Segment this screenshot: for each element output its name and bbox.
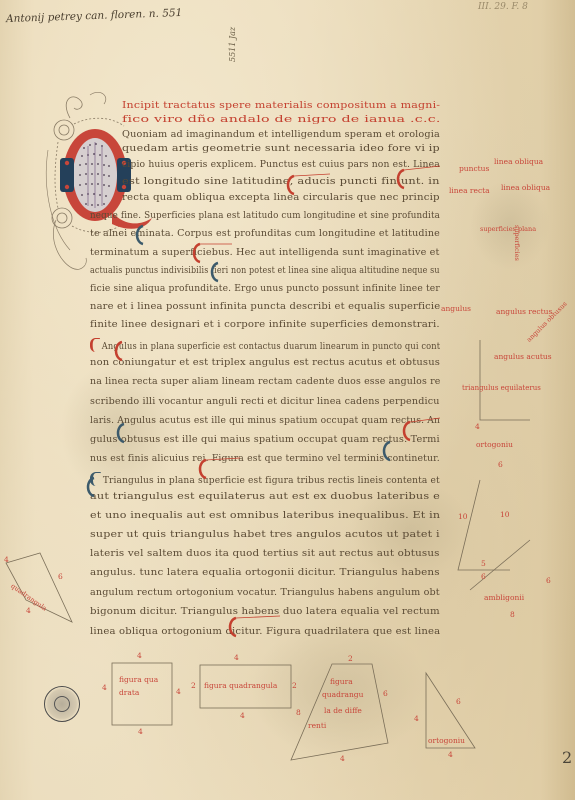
trapezoid-label: la de diffe [324, 706, 362, 715]
triangle-side: 4 [448, 750, 453, 759]
trapezoid-side: 6 [383, 689, 388, 698]
square-side: 4 [102, 683, 107, 692]
margin-note: 6 [481, 572, 486, 581]
margin-note: angulus rectus [496, 307, 552, 316]
margin-note: superficies [513, 225, 521, 261]
square-label: drata [119, 688, 139, 697]
trapezoid-side: 8 [296, 708, 301, 717]
square-label: figura qua [119, 675, 158, 684]
triangle-side: 4 [414, 714, 419, 723]
square-side: 4 [137, 651, 142, 660]
margin-note: angulus acutus [494, 352, 552, 361]
square-side: 4 [176, 687, 181, 696]
rectangle-side: 4 [240, 711, 245, 720]
geometry-diagrams [0, 0, 575, 800]
triangle-label: ortogoniu [428, 736, 465, 745]
margin-note: 4 [475, 422, 480, 431]
margin-note: ambligonii [484, 593, 524, 602]
library-stamp [44, 686, 80, 722]
rectangle-label: figura quadrangula [204, 681, 277, 690]
margin-note: triangulus equilaterus [462, 384, 541, 392]
trapezoid-side: 2 [348, 654, 353, 663]
manuscript-page: Antonij petrey can. floren. n. 551 III. … [0, 0, 575, 800]
margin-note: 5 [481, 559, 486, 568]
square-side: 4 [138, 727, 143, 736]
margin-note: 6 [546, 576, 551, 585]
margin-note: 8 [510, 610, 515, 619]
margin-note: 6 [498, 460, 503, 469]
margin-note: linea recta [449, 186, 490, 195]
trapezoid-label: figura [330, 677, 353, 686]
folio-number: 2 [562, 748, 572, 767]
trapezoid-side: 4 [340, 754, 345, 763]
rectangle-side: 2 [292, 681, 297, 690]
margin-note: linea obliqua [501, 183, 550, 192]
left-quad-side: 4 [26, 606, 31, 615]
left-quad-side: 4 [4, 555, 9, 564]
left-quad-side: 6 [58, 572, 63, 581]
margin-note: linea obliqua [494, 157, 543, 166]
margin-note: angulus [441, 304, 471, 313]
trapezoid-label: renti [308, 721, 326, 730]
margin-note: 10 [500, 510, 510, 519]
rectangle-side: 2 [191, 681, 196, 690]
margin-note: superficies plana [480, 225, 536, 233]
margin-note: ortogoniu [476, 440, 513, 449]
trapezoid-label: quadrangu [322, 690, 363, 699]
triangle-side: 6 [456, 697, 461, 706]
rectangle-side: 4 [234, 653, 239, 662]
margin-note: 10 [458, 512, 468, 521]
margin-note: punctus [459, 164, 489, 173]
